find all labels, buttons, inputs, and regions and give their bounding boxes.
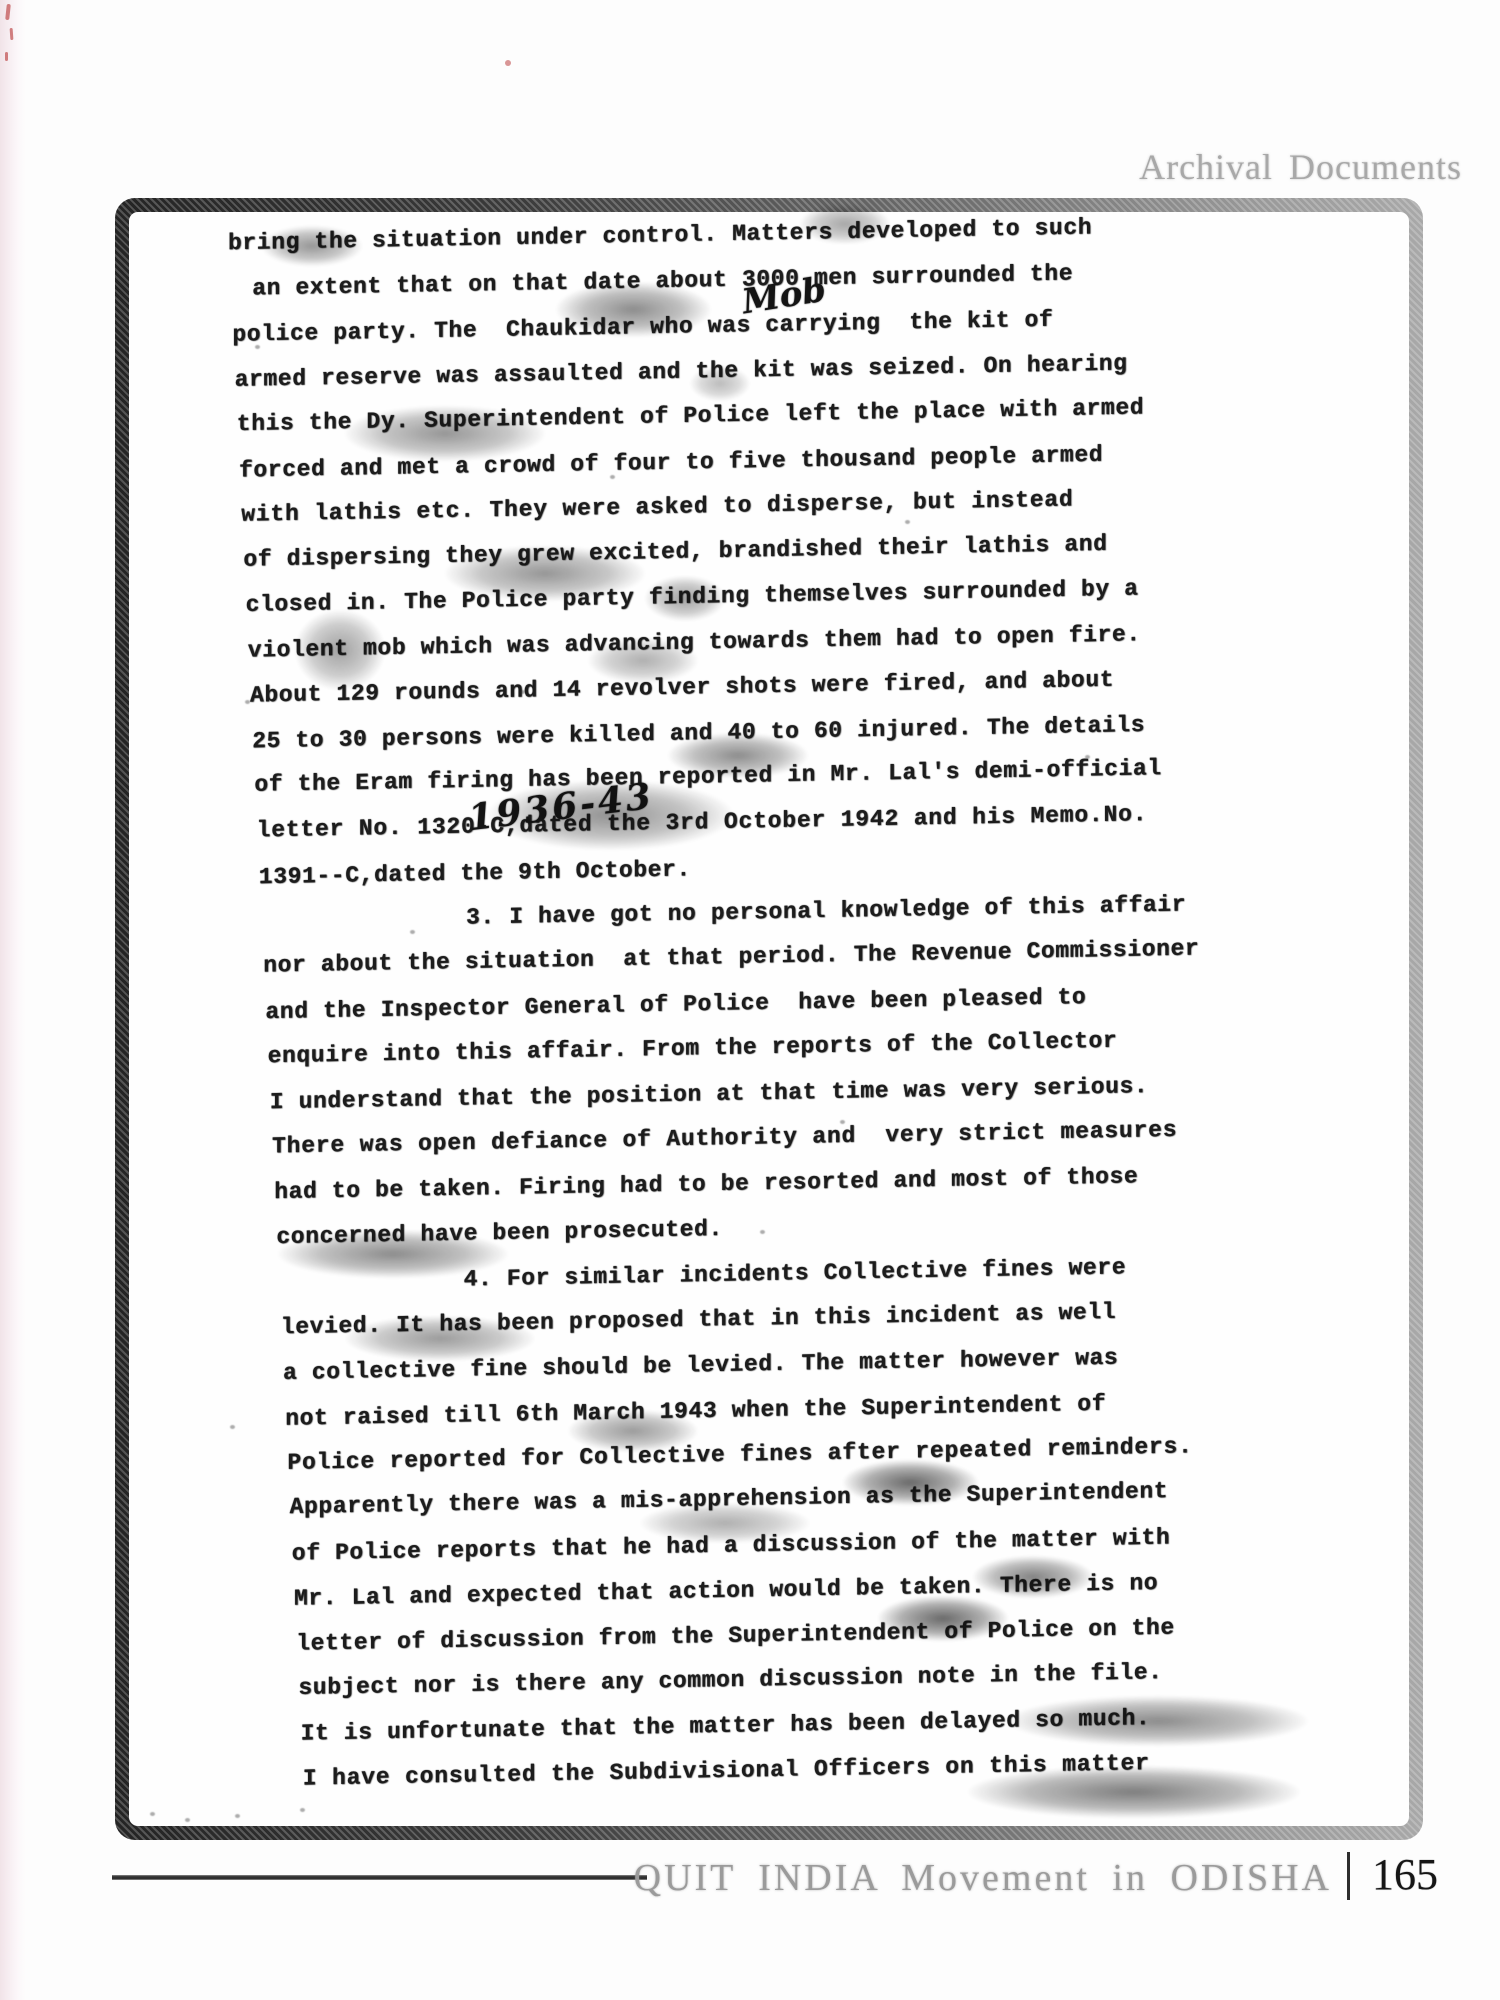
typewritten-text-block: bring the situation under control. Matte…: [228, 203, 1238, 1803]
footer-rule: [112, 1875, 647, 1880]
section-header: Archival Documents: [1139, 146, 1462, 188]
red-pen-mark: [5, 52, 8, 61]
red-ink-dot: [505, 60, 511, 66]
scan-edge-strip: [0, 0, 26, 2000]
scanned-page: Archival Documents bring the situation u…: [0, 0, 1500, 2000]
footer-page-number: 165: [1372, 1849, 1438, 1900]
footer-separator-bar: [1347, 1852, 1350, 1900]
footer-book-title: QUIT INDIA Movement in ODISHA: [634, 1856, 1332, 1900]
